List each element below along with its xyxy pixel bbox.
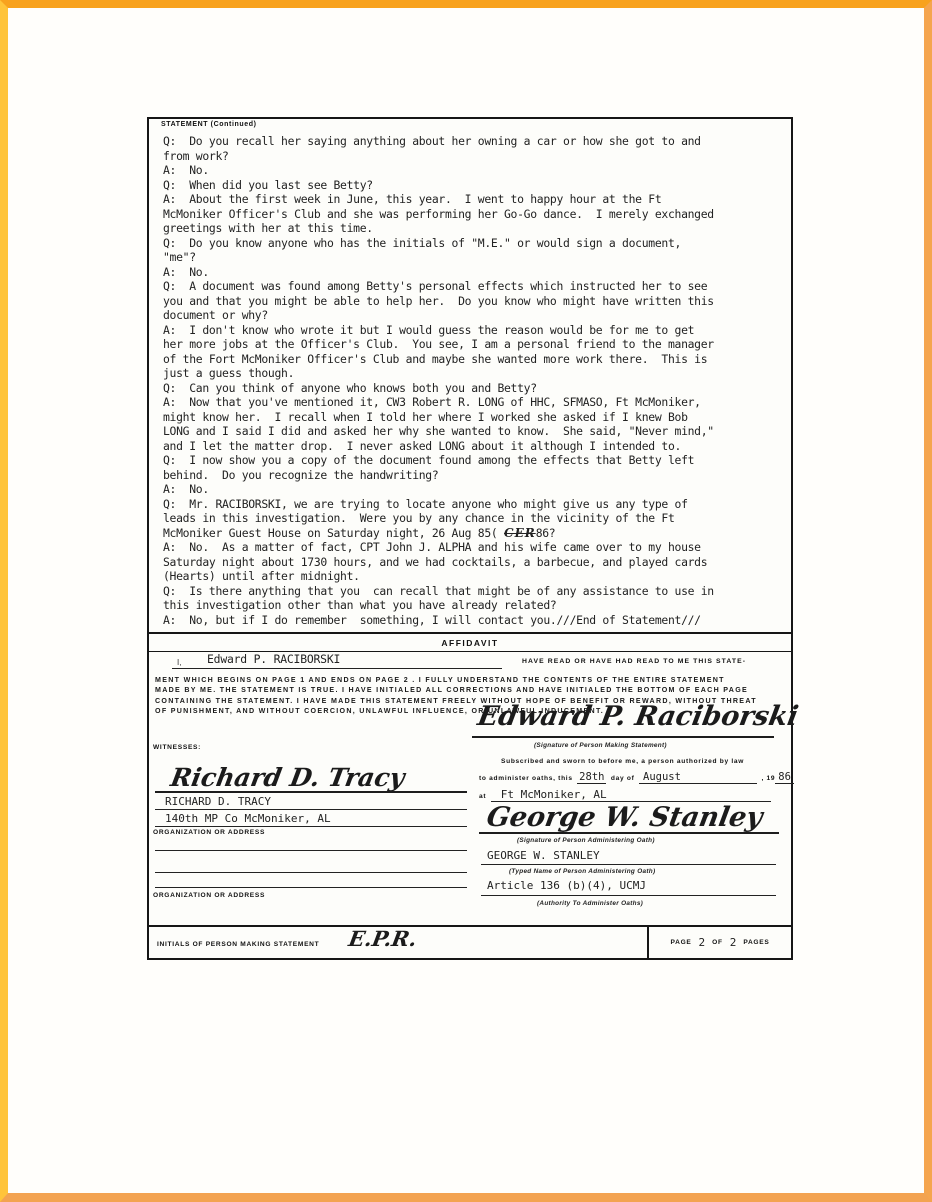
witness-typed-name: RICHARD D. TRACY — [155, 795, 467, 810]
statement-line: A: No, but if I do remember something, I… — [163, 613, 785, 628]
statement-line: LONG and I said I did and asked her why … — [163, 424, 785, 439]
oath-typed-name-label: (Typed Name of Person Administering Oath… — [509, 868, 655, 875]
footer-initials-cell: INITIALS OF PERSON MAKING STATEMENT E.P.… — [149, 927, 647, 958]
sworn-line-2: to administer oaths, this 28th day of Au… — [479, 767, 794, 785]
organization-label-1: ORGANIZATION OR ADDRESS — [153, 829, 265, 836]
statement-line: Q: When did you last see Betty? — [163, 178, 785, 193]
oath-signature-label: (Signature of Person Administering Oath) — [517, 837, 655, 844]
maker-signature-line: Edward P. Raciborski — [472, 701, 774, 738]
witness-signature: Richard D. Tracy — [168, 763, 406, 792]
statement-line: document or why? — [163, 308, 785, 323]
initials-label: INITIALS OF PERSON MAKING STATEMENT — [157, 941, 319, 948]
statement-line: Q: Can you think of anyone who knows bot… — [163, 381, 785, 396]
statement-section: STATEMENT (Continued) Q: Do you recall h… — [149, 119, 791, 634]
affidavit-header: AFFIDAVIT — [149, 634, 791, 652]
oath-authority-label: (Authority To Administer Oaths) — [537, 900, 643, 907]
sworn-line-2-mid: day of — [611, 775, 635, 782]
affidavit-paragraph-line: MENT WHICH BEGINS ON PAGE 1 AND ENDS ON … — [155, 675, 787, 685]
statement-line: McMoniker Officer's Club and she was per… — [163, 207, 785, 222]
sworn-line-1: Subscribed and sworn to before me, a per… — [501, 758, 744, 765]
affidavit-name-row: I, Edward P. RACIBORSKI HAVE READ OR HAV… — [149, 652, 791, 673]
witness-address: 140th MP Co McMoniker, AL — [155, 812, 467, 827]
scanned-sworn-statement-page: { "page": { "border_colors": { "top": "#… — [0, 0, 932, 1202]
statement-line: just a guess though. — [163, 366, 785, 381]
statement-section-label: STATEMENT (Continued) — [159, 121, 785, 134]
statement-line: A: No. As a matter of fact, CPT John J. … — [163, 540, 785, 555]
witnesses-label: WITNESSES: — [153, 744, 201, 751]
oath-signature: George W. Stanley — [484, 802, 765, 833]
statement-line: leads in this investigation. Were you by… — [163, 511, 785, 526]
page-number: 2 — [699, 936, 706, 949]
statement-line: A: About the first week in June, this ye… — [163, 192, 785, 207]
oath-typed-name: GEORGE W. STANLEY — [481, 849, 776, 865]
statement-line: might know her. I recall when I told her… — [163, 410, 785, 425]
document-footer: INITIALS OF PERSON MAKING STATEMENT E.P.… — [149, 925, 791, 958]
blank-line-1 — [155, 836, 467, 851]
handwritten-correction: CER — [504, 526, 536, 540]
sworn-day: 28th — [577, 771, 606, 784]
blank-line-2 — [155, 858, 467, 873]
statement-lines: Q: Do you recall her saying anything abo… — [159, 134, 785, 627]
page-suffix-label: PAGES — [743, 939, 769, 946]
statement-line: Q: Mr. RACIBORSKI, we are trying to loca… — [163, 497, 785, 512]
page-of-label: OF — [712, 939, 723, 946]
statement-line: A: I don't know who wrote it but I would… — [163, 323, 785, 338]
statement-line: you and that you might be able to help h… — [163, 294, 785, 309]
statement-line: this investigation other than what you h… — [163, 598, 785, 613]
statement-line: Saturday night about 1730 hours, and we … — [163, 555, 785, 570]
statement-line: (Hearts) until after midnight. — [163, 569, 785, 584]
page-total: 2 — [730, 936, 737, 949]
sworn-month: August — [639, 771, 757, 784]
affidavit-paragraph-line: MADE BY ME. THE STATEMENT IS TRUE. I HAV… — [155, 685, 787, 695]
statement-line: and I let the matter drop. I never asked… — [163, 439, 785, 454]
initials-handwritten: E.P.R. — [347, 926, 419, 951]
blank-line-3 — [155, 876, 467, 888]
oath-authority: Article 136 (b)(4), UCMJ — [481, 879, 776, 896]
oath-signature-line: George W. Stanley — [479, 796, 779, 834]
page-prefix-label: PAGE — [671, 939, 692, 946]
statement-line: A: No. — [163, 482, 785, 497]
maker-signature: Edward P. Raciborski — [475, 701, 800, 732]
affidavit-body: Edward P. Raciborski (Signature of Perso… — [149, 716, 791, 926]
affidavit-intro-suffix: HAVE READ OR HAVE HAD READ TO ME THIS ST… — [522, 658, 746, 665]
sworn-year-prefix: , 19 — [761, 775, 775, 782]
footer-page-cell: PAGE 2 OF 2 PAGES — [647, 927, 791, 958]
statement-line: from work? — [163, 149, 785, 164]
statement-line: Q: Do you recall her saying anything abo… — [163, 134, 785, 149]
statement-line: "me"? — [163, 250, 785, 265]
statement-line: greetings with her at this time. — [163, 221, 785, 236]
witness-signature-line: Richard D. Tracy — [155, 751, 467, 793]
statement-line: of the Fort McMoniker Officer's Club and… — [163, 352, 785, 367]
organization-label-2: ORGANIZATION OR ADDRESS — [153, 892, 265, 899]
statement-line: her more jobs at the Officer's Club. You… — [163, 337, 785, 352]
statement-line: A: No. — [163, 265, 785, 280]
statement-line: McMoniker Guest House on Saturday night,… — [163, 526, 785, 541]
affiant-typed-name: Edward P. RACIBORSKI — [172, 652, 502, 669]
statement-line: Q: Is there anything that you can recall… — [163, 584, 785, 599]
statement-line: behind. Do you recognize the handwriting… — [163, 468, 785, 483]
statement-line: Q: Do you know anyone who has the initia… — [163, 236, 785, 251]
statement-line: Q: A document was found among Betty's pe… — [163, 279, 785, 294]
sworn-line-2-prefix: to administer oaths, this — [479, 775, 573, 782]
statement-line: Q: I now show you a copy of the document… — [163, 453, 785, 468]
maker-signature-label: (Signature of Person Making Statement) — [534, 742, 667, 749]
statement-line: A: No. — [163, 163, 785, 178]
statement-line: A: Now that you've mentioned it, CW3 Rob… — [163, 395, 785, 410]
scanned-document: STATEMENT (Continued) Q: Do you recall h… — [147, 117, 793, 960]
sworn-year: 86 — [775, 771, 794, 784]
